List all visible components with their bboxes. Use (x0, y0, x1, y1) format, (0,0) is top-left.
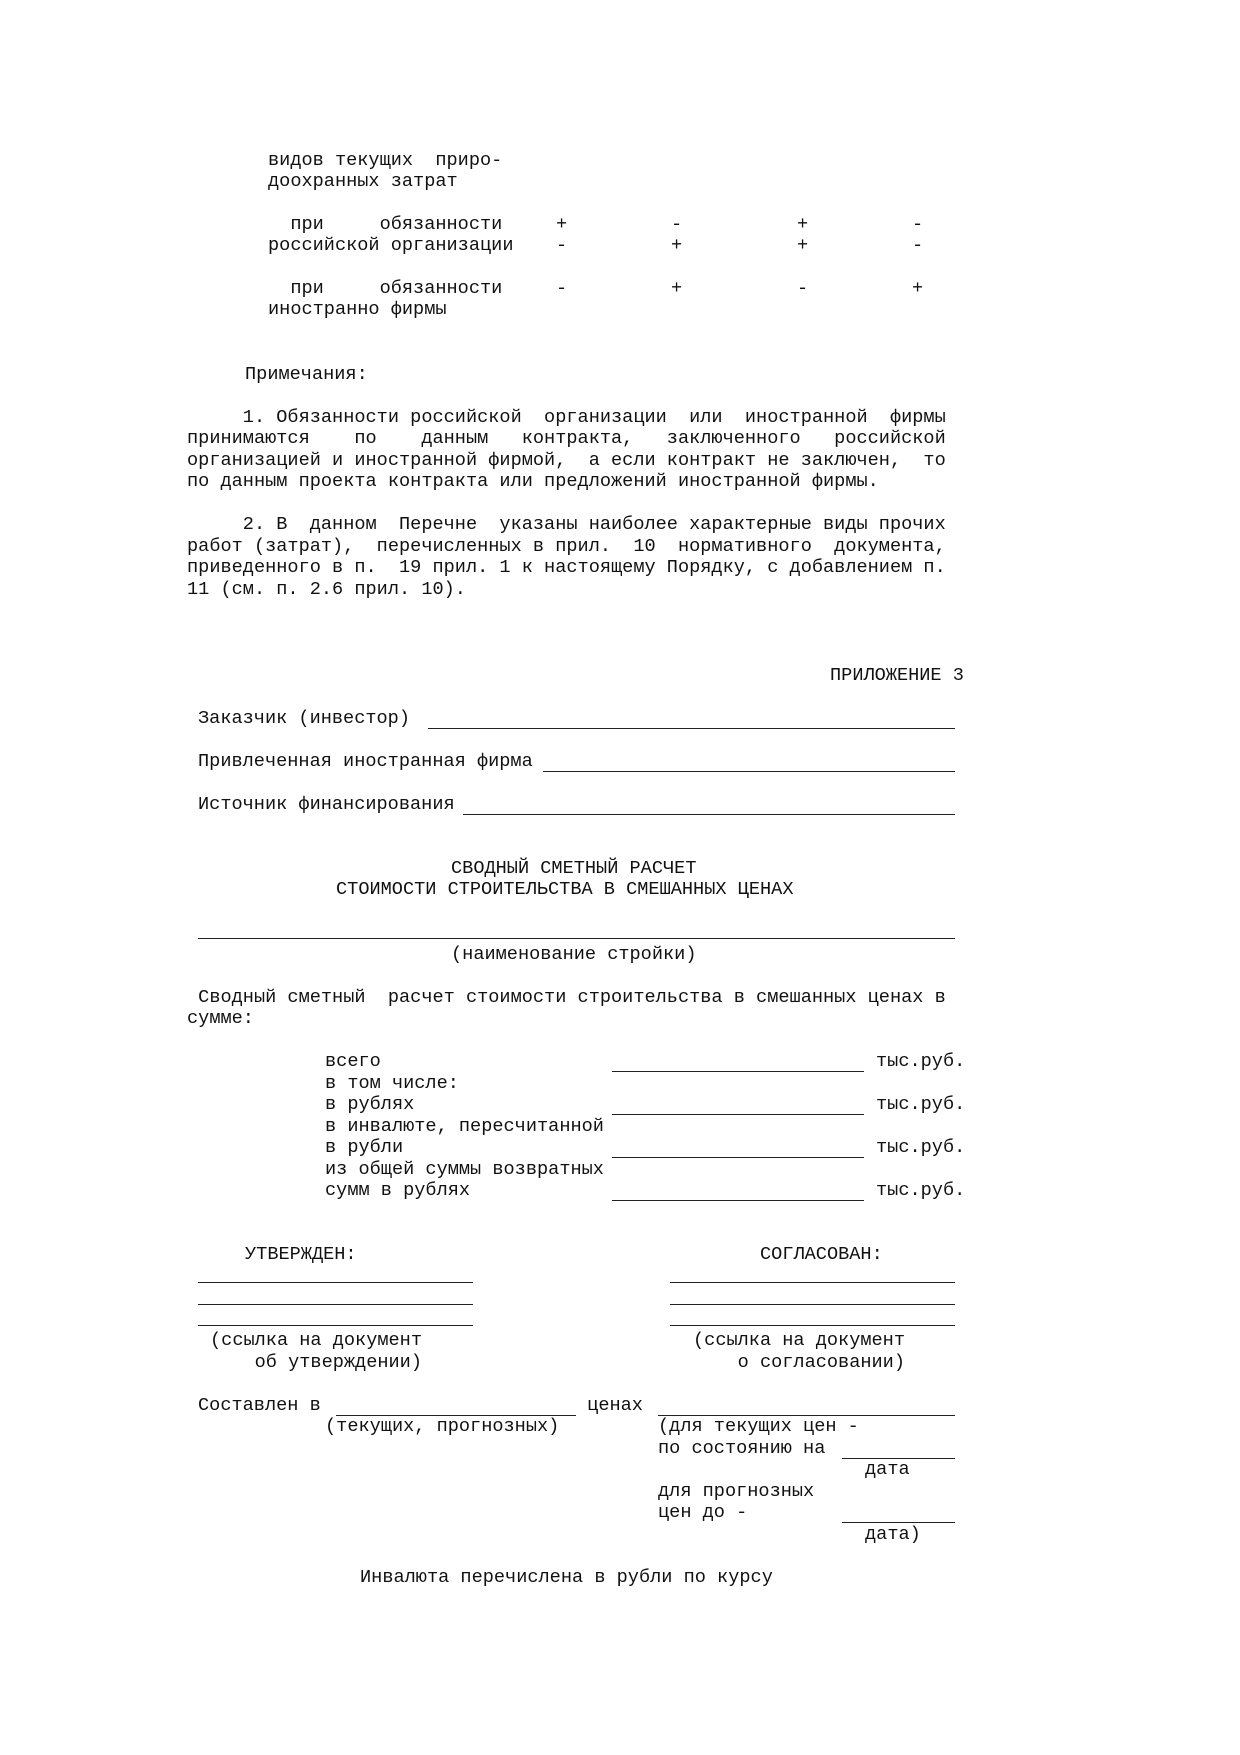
compiled-middle: ценах (576, 1395, 654, 1417)
customer-label: Заказчик (инвестор) (198, 708, 421, 730)
price-detail-field[interactable] (658, 1399, 955, 1416)
table-cell: + (797, 214, 808, 236)
agreed-caption: о согласовании) (693, 1352, 905, 1374)
funding-source-field[interactable] (463, 798, 955, 815)
sum-intro: сумме: (187, 1008, 254, 1030)
note-1-line: организацией и иностранной фирмой, а есл… (187, 450, 946, 472)
foreign-firm-field[interactable] (543, 755, 955, 772)
forecast-date-caption: дата) (865, 1524, 921, 1546)
approved-field-1[interactable] (198, 1266, 473, 1283)
note-2-line: 2. В данном Перечне указаны наиболее хар… (187, 514, 946, 536)
approved-field-3[interactable] (198, 1309, 473, 1326)
notes-heading: Примечания: (245, 364, 368, 386)
table-cell: + (797, 235, 808, 257)
sum-label-refundable: сумм в рублях (325, 1180, 470, 1202)
agreed-field-3[interactable] (670, 1309, 955, 1326)
table-cell: - (556, 278, 567, 300)
agreed-heading: СОГЛАСОВАН: (760, 1244, 883, 1266)
current-date-field[interactable] (842, 1442, 955, 1459)
customer-field[interactable] (428, 712, 955, 729)
sum-label-currency: в рубли (325, 1137, 403, 1159)
sum-label-total: всего (325, 1051, 381, 1073)
funding-source-label: Источник финансирования (198, 794, 455, 816)
table-cell: - (797, 278, 808, 300)
table-row-label: иностранно фирмы (268, 299, 447, 321)
table-cell: + (671, 278, 682, 300)
currency-note: Инвалюта перечислена в рубли по курсу (360, 1567, 773, 1589)
sum-unit: тыс.руб. (876, 1137, 965, 1159)
table-row-label: доохранных затрат (268, 171, 458, 193)
approved-caption: (ссылка на документ (210, 1330, 422, 1352)
sum-label-rubles: в рублях (325, 1094, 414, 1116)
table-cell: - (671, 214, 682, 236)
table-cell: - (912, 214, 923, 236)
sum-unit: тыс.руб. (876, 1180, 965, 1202)
table-row-label: видов текущих приро- (268, 150, 502, 172)
forecast-label: цен до - (658, 1502, 747, 1524)
forecast-date-field[interactable] (842, 1506, 955, 1523)
approved-heading: УТВЕРЖДЕН: (245, 1244, 357, 1266)
note-1-line: по данным проекта контракта или предложе… (187, 471, 879, 493)
forecast-label: для прогнозных (658, 1481, 814, 1503)
note-1-line: принимаются по данным контракта, заключе… (187, 428, 946, 450)
price-type-field[interactable] (336, 1399, 576, 1416)
compiled-prefix: Составлен в (198, 1395, 332, 1417)
sum-currency-field[interactable] (612, 1141, 864, 1158)
sum-intro: Сводный сметный расчет стоимости строите… (187, 987, 946, 1009)
note-2-line: работ (затрат), перечисленных в прил. 10… (187, 536, 946, 558)
document-title: СТОИМОСТИ СТРОИТЕЛЬСТВА В СМЕШАННЫХ ЦЕНА… (336, 879, 793, 901)
agreed-caption: (ссылка на документ (693, 1330, 905, 1352)
date-caption: дата (865, 1459, 910, 1481)
sum-rubles-field[interactable] (612, 1098, 864, 1115)
note-2-line: приведенного в п. 19 прил. 1 к настоящем… (187, 557, 946, 579)
table-row-label: российской организации (268, 235, 513, 257)
sum-label: из общей суммы возвратных (325, 1159, 604, 1181)
agreed-field-1[interactable] (670, 1266, 955, 1283)
price-type-caption: (текущих, прогнозных) (325, 1416, 559, 1438)
table-cell: + (912, 278, 923, 300)
table-cell: - (912, 235, 923, 257)
construction-name-caption: (наименование стройки) (451, 944, 696, 966)
sum-unit: тыс.руб. (876, 1051, 965, 1073)
sum-total-field[interactable] (612, 1055, 864, 1072)
current-prices-caption: (для текущих цен - (658, 1416, 859, 1438)
approved-caption: об утверждении) (210, 1352, 422, 1374)
table-cell: + (671, 235, 682, 257)
note-2-line: 11 (см. п. 2.6 прил. 10). (187, 579, 466, 601)
table-cell: + (556, 214, 567, 236)
sum-unit: тыс.руб. (876, 1094, 965, 1116)
document-page: видов текущих приро- доохранных затрат п… (0, 0, 1240, 1755)
table-cell: - (556, 235, 567, 257)
foreign-firm-label: Привлеченная иностранная фирма (198, 751, 533, 773)
sum-label: в том числе: (325, 1073, 459, 1095)
appendix-label: ПРИЛОЖЕНИЕ 3 (830, 665, 964, 687)
current-state-label: по состоянию на (658, 1438, 837, 1460)
document-title: СВОДНЫЙ СМЕТНЫЙ РАСЧЕТ (451, 858, 696, 880)
approved-field-2[interactable] (198, 1288, 473, 1305)
note-1-line: 1. Обязанности российской организации ил… (187, 407, 946, 429)
agreed-field-2[interactable] (670, 1288, 955, 1305)
sum-label: в инвалюте, пересчитанной (325, 1116, 604, 1138)
construction-name-field[interactable] (198, 922, 955, 939)
sum-refundable-field[interactable] (612, 1184, 864, 1201)
table-row-label: при обязанности (268, 278, 502, 300)
table-row-label: при обязанности (268, 214, 502, 236)
